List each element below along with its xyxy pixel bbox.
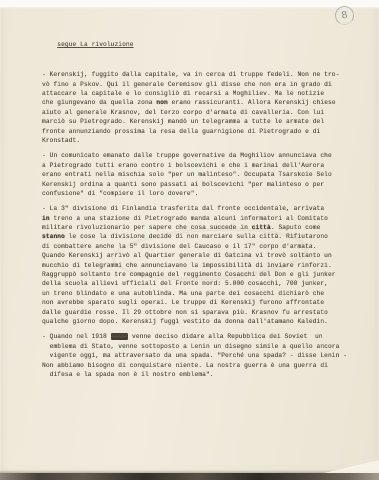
text-line: confusione" di "compiere il loro dovere"… bbox=[42, 189, 362, 198]
text-line: - Un comunicato emanato dalle truppe gov… bbox=[42, 151, 362, 160]
text-line: a Pietrogrado tutti erano contro i bolsc… bbox=[42, 161, 362, 170]
page-title: segue La rivoluzione bbox=[57, 40, 133, 49]
text-line: di combattere anche la 5" divisione del … bbox=[42, 242, 362, 251]
text-line: vò fino a Pskov. Qui il generale Ceremis… bbox=[42, 80, 362, 89]
paragraph: - Un comunicato emanato dalle truppe gov… bbox=[42, 151, 362, 198]
text-line: marciò su Pietrogrado. Kerenskij mandò u… bbox=[42, 117, 362, 126]
text-line: difesa e la spada non è il nostro emblem… bbox=[42, 370, 362, 379]
text-line: - Kerenskij, fuggito dalla capitale, va … bbox=[42, 70, 362, 79]
text-line: un treno blindato e una autoblinda. Ma u… bbox=[42, 289, 362, 298]
scanned-page: 8 segue La rivoluzione - Kerenskij, fugg… bbox=[0, 0, 379, 480]
text-line: in treno a una stazione di Pietrogrado m… bbox=[42, 214, 362, 223]
typewritten-text: segue La rivoluzione - Kerenskij, fuggit… bbox=[42, 31, 362, 404]
text-line: mucchio di telegrammi che annunciavano l… bbox=[42, 261, 362, 270]
text-line: Non abbiamo bisogno di conquistare nient… bbox=[42, 361, 362, 370]
text-line: Kerenskij ordina a quanti sono passati a… bbox=[42, 180, 362, 189]
text-line: militare rivoluzionario per sapere che c… bbox=[42, 223, 362, 232]
text-line: non avrebbe sparato sugli operai. Le tru… bbox=[42, 298, 362, 307]
text-line: Quando Kerenskij arrivò al Quartier gene… bbox=[42, 251, 362, 260]
text-line: aiuto al generale Krasnov, del terzo cor… bbox=[42, 108, 362, 117]
paragraph: - Kerenskij, fuggito dalla capitale, va … bbox=[42, 70, 362, 145]
paragraph: - Quando nel 1918 XXXXX venne deciso did… bbox=[42, 332, 362, 379]
struck-out-word: XXXXX bbox=[111, 333, 129, 340]
overstruck-text: in bbox=[42, 215, 50, 222]
page-corner bbox=[324, 460, 379, 473]
overstruck-text: città bbox=[252, 224, 271, 231]
text-line: che giungevano da quella zona non erano … bbox=[42, 98, 362, 107]
page-number-text: 8 bbox=[341, 10, 349, 20]
text-line: stanno le cose la divisione decide di no… bbox=[42, 232, 362, 241]
text-line: qualche giorno dopo. Kerenskij fuggì ves… bbox=[42, 317, 362, 326]
text-line: erano entrati nella mischia solo "per un… bbox=[42, 170, 362, 179]
text-line: vigente oggi, ma attraversato da una spa… bbox=[42, 351, 362, 360]
text-line: emblema di Stato, venne sottoposto a Len… bbox=[42, 342, 362, 351]
text-line: fronte annunziando prossima la resa dell… bbox=[42, 127, 362, 136]
text-line: della scuola allievi ufficiali del Front… bbox=[42, 279, 362, 288]
paragraph: - La 3" divisione di Finlandia trasferit… bbox=[42, 204, 362, 326]
text-line: attaccare la capitale e lo consigliò di … bbox=[42, 89, 362, 98]
overstruck-text: stanno bbox=[42, 233, 65, 240]
page-bottom-shadow bbox=[0, 473, 379, 480]
text-line: - La 3" divisione di Finlandia trasferit… bbox=[42, 204, 362, 213]
text-line: - Quando nel 1918 XXXXX venne deciso did… bbox=[42, 332, 362, 341]
text-line: dalle guardie rosse. Il 29 ottobre non s… bbox=[42, 308, 362, 317]
overstruck-text: non bbox=[156, 99, 167, 106]
text-line: Kronstadt. bbox=[42, 136, 362, 145]
document-body: - Kerenskij, fuggito dalla capitale, va … bbox=[42, 70, 362, 379]
text-line: Raggruppò soltanto tre compagnie del reg… bbox=[42, 270, 362, 279]
